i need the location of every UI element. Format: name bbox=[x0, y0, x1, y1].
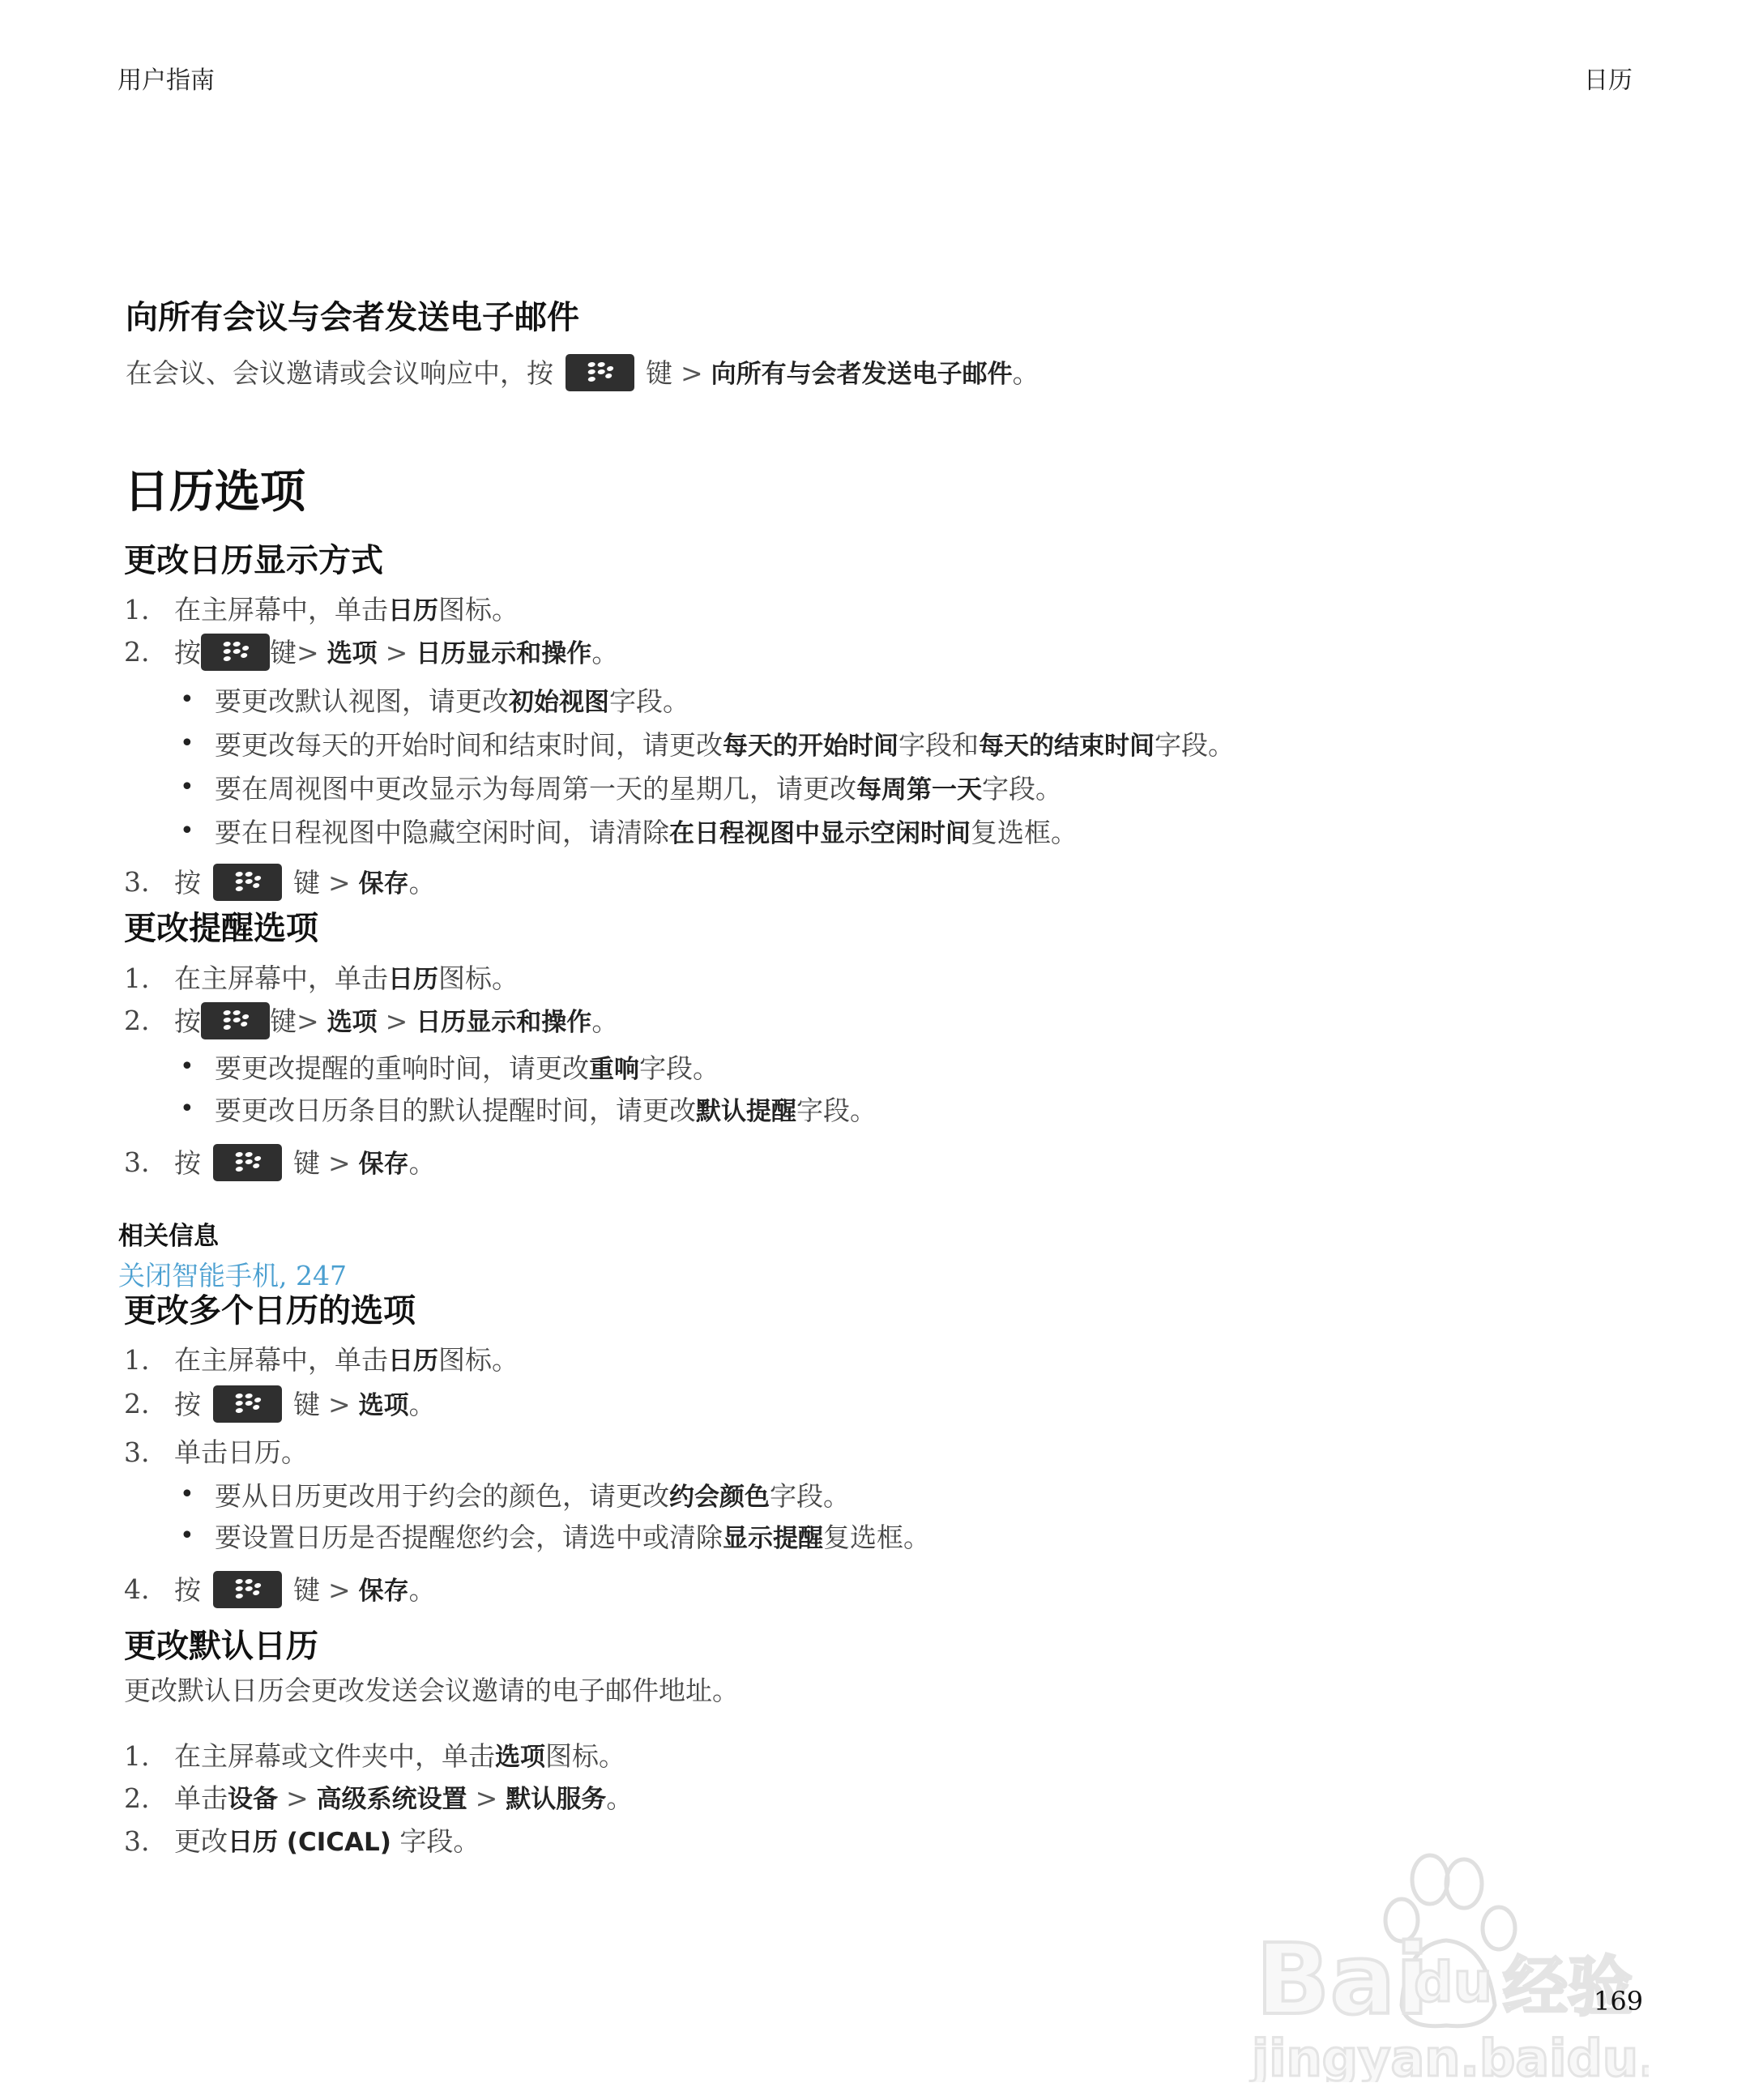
step-text: 按 键>保存。 bbox=[174, 1573, 436, 1611]
field-snooze: 重响 bbox=[589, 1055, 639, 1084]
display-step-1: 1. 在主屏幕中，单击日历图标。 bbox=[0, 594, 1750, 626]
display-bullet-1: • 要更改默认视图，请更改初始视图字段。 bbox=[0, 685, 1750, 718]
bullet-post: 字段。 bbox=[770, 1480, 850, 1512]
step-pre: 按 bbox=[174, 1389, 201, 1420]
bullet-post: 字段。 bbox=[609, 685, 689, 717]
svg-text:jingyan.baidu.com: jingyan.baidu.com bbox=[1249, 2029, 1649, 2082]
default-calendar-description: 更改默认日历会更改发送会议邀请的电子邮件地址。 bbox=[124, 1675, 739, 1707]
breadcrumb-separator: > bbox=[378, 637, 416, 668]
step-text: 单击日历。 bbox=[174, 1436, 308, 1469]
menu-item-save: 保存 bbox=[359, 1150, 409, 1179]
bullet-post: 字段。 bbox=[1155, 729, 1235, 761]
step-text: 更改日历 (CICAL) 字段。 bbox=[174, 1825, 480, 1859]
bullet-pre: 要更改提醒的重响时间，请更改 bbox=[215, 1052, 589, 1084]
bullet-dot-icon: • bbox=[180, 1052, 194, 1081]
reminder-step-3: 3. 按 键>保存。 bbox=[0, 1146, 1750, 1179]
display-bullet-2: • 要更改每天的开始时间和结束时间，请更改每天的开始时间字段和每天的结束时间字段… bbox=[0, 729, 1750, 762]
field-day-start: 每天的开始时间 bbox=[723, 732, 898, 761]
bullet-post: 字段。 bbox=[982, 773, 1062, 805]
bullet-text: 要更改日历条目的默认提醒时间，请更改默认提醒字段。 bbox=[215, 1095, 877, 1128]
step-text: 在主屏幕中，单击日历图标。 bbox=[174, 1344, 519, 1377]
menu-item-save: 保存 bbox=[359, 869, 409, 898]
bullet-text: 要更改提醒的重响时间，请更改重响字段。 bbox=[215, 1052, 719, 1086]
period: 。 bbox=[606, 1782, 633, 1814]
step-text: 在主屏幕或文件夹中，单击选项图标。 bbox=[174, 1740, 625, 1773]
step-pre: 在主屏幕或文件夹中，单击 bbox=[174, 1740, 495, 1772]
multi-step-2: 2. 按 键>选项。 bbox=[0, 1388, 1750, 1420]
step-post: 图标。 bbox=[438, 962, 519, 994]
reminder-bullet-2: • 要更改日历条目的默认提醒时间，请更改默认提醒字段。 bbox=[0, 1095, 1750, 1127]
step-text: 按键>选项>日历显示和操作。 bbox=[174, 1005, 618, 1042]
baidu-paw-logo-icon: Bai du 经验 jingyan.baidu.com bbox=[1244, 1847, 1649, 2082]
bullet-pre: 要更改默认视图，请更改 bbox=[215, 685, 509, 717]
bullet-pre: 要设置日历是否提醒您约会，请选中或清除 bbox=[215, 1522, 723, 1553]
blackberry-menu-key-icon bbox=[201, 1002, 270, 1039]
step-number: 1. bbox=[124, 1740, 150, 1772]
section-title-display: 更改日历显示方式 bbox=[124, 535, 383, 581]
step-number: 1. bbox=[124, 962, 150, 994]
blackberry-menu-key-icon bbox=[213, 864, 282, 901]
baidu-jingyan-watermark: Bai du 经验 jingyan.baidu.com bbox=[1244, 1847, 1649, 2082]
period: 。 bbox=[591, 637, 618, 668]
bullet-dot-icon: • bbox=[180, 1095, 194, 1123]
blackberry-menu-key-icon bbox=[566, 354, 634, 391]
bullet-post: 复选框。 bbox=[971, 817, 1078, 848]
step-post: 图标。 bbox=[545, 1740, 625, 1772]
multi-step-4: 4. 按 键>保存。 bbox=[0, 1573, 1750, 1606]
display-bullet-3: • 要在周视图中更改显示为每周第一天的星期几，请更改每周第一天字段。 bbox=[0, 773, 1750, 805]
send-email-pre: 在会议、会议邀请或会议响应中，按 bbox=[126, 357, 553, 389]
step-text: 按 键>保存。 bbox=[174, 866, 436, 903]
section-title-default-calendar: 更改默认日历 bbox=[124, 1620, 318, 1667]
blackberry-menu-key-icon bbox=[213, 1571, 282, 1608]
period: 。 bbox=[409, 1574, 436, 1606]
calendar-icon-label: 日历 bbox=[388, 1347, 438, 1376]
step-pre: 按 bbox=[174, 1147, 201, 1179]
step-text: 按 键>保存。 bbox=[174, 1146, 436, 1184]
checkbox-show-free-time: 在日程视图中显示空闲时间 bbox=[669, 819, 971, 848]
multi-bullet-1: • 要从日历更改用于约会的颜色，请更改约会颜色字段。 bbox=[0, 1480, 1750, 1513]
section-title-reminder: 更改提醒选项 bbox=[124, 903, 318, 949]
breadcrumb-separator: > bbox=[320, 867, 359, 898]
bullet-text: 要更改每天的开始时间和结束时间，请更改每天的开始时间字段和每天的结束时间字段。 bbox=[215, 729, 1235, 762]
blackberry-menu-key-icon bbox=[201, 634, 270, 671]
breadcrumb-separator: > bbox=[278, 1782, 317, 1814]
step-number: 2. bbox=[124, 1782, 150, 1814]
step-text: 在主屏幕中，单击日历图标。 bbox=[174, 594, 519, 627]
field-day-end: 每天的结束时间 bbox=[979, 732, 1155, 761]
bullet-pre: 要更改每天的开始时间和结束时间，请更改 bbox=[215, 729, 723, 761]
bullet-dot-icon: • bbox=[180, 1480, 194, 1509]
bullet-text: 要在日程视图中隐藏空闲时间，请清除在日程视图中显示空闲时间复选框。 bbox=[215, 817, 1078, 850]
menu-item-calendar-display-actions: 日历显示和操作 bbox=[416, 1008, 591, 1037]
step-pre: 在主屏幕中，单击 bbox=[174, 1344, 388, 1376]
reminder-step-2: 2. 按键>选项>日历显示和操作。 bbox=[0, 1005, 1750, 1037]
menu-item-send-email-to-all: 向所有与会者发送电子邮件 bbox=[711, 360, 1013, 389]
bullet-text: 要在周视图中更改显示为每周第一天的星期几，请更改每周第一天字段。 bbox=[215, 773, 1062, 806]
bullet-dot-icon: • bbox=[180, 685, 194, 714]
menu-item-advanced-system-settings: 高级系统设置 bbox=[317, 1785, 467, 1814]
period: 。 bbox=[409, 867, 436, 898]
field-calendar-cical: 日历 (CICAL) bbox=[228, 1828, 391, 1857]
breadcrumb-separator: > bbox=[672, 357, 711, 389]
send-email-paragraph: 在会议、会议邀请或会议响应中，按 键>向所有与会者发送电子邮件。 bbox=[126, 356, 1039, 394]
calendar-icon-label: 日历 bbox=[388, 596, 438, 625]
step-number: 1. bbox=[124, 594, 150, 625]
step-pre: 在主屏幕中，单击 bbox=[174, 594, 388, 625]
bullet-text: 要从日历更改用于约会的颜色，请更改约会颜色字段。 bbox=[215, 1480, 850, 1513]
bullet-dot-icon: • bbox=[180, 817, 194, 845]
key-word: 键 bbox=[293, 1389, 320, 1420]
options-icon-label: 选项 bbox=[495, 1743, 545, 1772]
bullet-dot-icon: • bbox=[180, 1522, 194, 1550]
key-word: 键 bbox=[293, 867, 320, 898]
step-post: 图标。 bbox=[438, 1344, 519, 1376]
reminder-step-1: 1. 在主屏幕中，单击日历图标。 bbox=[0, 962, 1750, 995]
menu-item-calendar-display-actions: 日历显示和操作 bbox=[416, 639, 591, 668]
bullet-post: 复选框。 bbox=[823, 1522, 930, 1553]
key-word: 键 bbox=[293, 1147, 320, 1179]
bullet-dot-icon: • bbox=[180, 773, 194, 801]
breadcrumb-separator: > bbox=[378, 1005, 416, 1037]
breadcrumb-separator: > bbox=[320, 1147, 359, 1179]
display-step-3: 3. 按 键>保存。 bbox=[0, 866, 1750, 898]
chapter-title: 日历选项 bbox=[124, 456, 305, 521]
field-initial-view: 初始视图 bbox=[509, 688, 609, 717]
header-guide-title: 用户指南 bbox=[117, 60, 215, 96]
breadcrumb-separator: > bbox=[297, 637, 327, 668]
step-number: 1. bbox=[124, 1344, 150, 1376]
step-post: 图标。 bbox=[438, 594, 519, 625]
default-step-1: 1. 在主屏幕或文件夹中，单击选项图标。 bbox=[0, 1740, 1750, 1773]
step-number: 3. bbox=[124, 1825, 150, 1857]
step-number: 3. bbox=[124, 1146, 150, 1178]
menu-item-device: 设备 bbox=[228, 1785, 278, 1814]
period: 。 bbox=[409, 1147, 436, 1179]
related-info-title: 相关信息 bbox=[118, 1215, 219, 1252]
step-post: 字段。 bbox=[391, 1825, 480, 1857]
section-title-multiple-calendars: 更改多个日历的选项 bbox=[124, 1285, 416, 1331]
menu-item-options: 选项 bbox=[327, 639, 378, 668]
section-title-send-email: 向所有会议与会者发送电子邮件 bbox=[126, 292, 579, 338]
blackberry-menu-key-icon bbox=[213, 1385, 282, 1423]
key-word: 键 bbox=[293, 1574, 320, 1606]
step-number: 3. bbox=[124, 866, 150, 898]
header-chapter-name: 日历 bbox=[1584, 60, 1633, 96]
display-bullet-4: • 要在日程视图中隐藏空闲时间，请清除在日程视图中显示空闲时间复选框。 bbox=[0, 817, 1750, 849]
svg-text:Bai: Bai bbox=[1256, 1924, 1429, 2037]
step-pre: 单击 bbox=[174, 1782, 228, 1814]
step-pre: 更改 bbox=[174, 1825, 228, 1857]
bullet-mid: 字段和 bbox=[898, 729, 979, 761]
bullet-pre: 要在日程视图中隐藏空闲时间，请清除 bbox=[215, 817, 669, 848]
field-first-day-of-week: 每周第一天 bbox=[856, 775, 982, 805]
bullet-dot-icon: • bbox=[180, 729, 194, 758]
step-pre: 按 bbox=[174, 1005, 201, 1037]
checkbox-show-reminders: 显示提醒 bbox=[723, 1524, 823, 1553]
step-number: 2. bbox=[124, 1005, 150, 1036]
menu-item-options: 选项 bbox=[327, 1008, 378, 1037]
bullet-text: 要更改默认视图，请更改初始视图字段。 bbox=[215, 685, 689, 719]
breadcrumb-separator: > bbox=[467, 1782, 506, 1814]
bullet-post: 字段。 bbox=[796, 1095, 877, 1126]
period: 。 bbox=[1013, 357, 1039, 389]
step-number: 2. bbox=[124, 636, 150, 668]
period: 。 bbox=[591, 1005, 618, 1037]
svg-text:du: du bbox=[1414, 1951, 1492, 2015]
calendar-icon-label: 日历 bbox=[388, 965, 438, 994]
bullet-post: 字段。 bbox=[639, 1052, 719, 1084]
field-default-reminder: 默认提醒 bbox=[696, 1097, 796, 1126]
multi-step-3: 3. 单击日历。 bbox=[0, 1436, 1750, 1469]
step-pre: 在主屏幕中，单击 bbox=[174, 962, 388, 994]
step-text: 在主屏幕中，单击日历图标。 bbox=[174, 962, 519, 996]
step-number: 3. bbox=[124, 1436, 150, 1468]
key-word: 键 bbox=[270, 1005, 297, 1037]
bullet-text: 要设置日历是否提醒您约会，请选中或清除显示提醒复选框。 bbox=[215, 1522, 930, 1555]
display-step-2: 2. 按键>选项>日历显示和操作。 bbox=[0, 636, 1750, 668]
breadcrumb-separator: > bbox=[320, 1389, 359, 1420]
field-appointment-color: 约会颜色 bbox=[669, 1483, 770, 1512]
step-pre: 按 bbox=[174, 1574, 201, 1606]
key-word: 键 bbox=[646, 357, 672, 389]
breadcrumb-separator: > bbox=[297, 1005, 327, 1037]
step-pre: 按 bbox=[174, 637, 201, 668]
step-text: 单击设备>高级系统设置>默认服务。 bbox=[174, 1782, 633, 1816]
period: 。 bbox=[409, 1389, 436, 1420]
multi-step-1: 1. 在主屏幕中，单击日历图标。 bbox=[0, 1344, 1750, 1377]
reminder-bullet-1: • 要更改提醒的重响时间，请更改重响字段。 bbox=[0, 1052, 1750, 1085]
step-text: 按 键>选项。 bbox=[174, 1388, 436, 1425]
bullet-pre: 要从日历更改用于约会的颜色，请更改 bbox=[215, 1480, 669, 1512]
menu-item-options: 选项 bbox=[359, 1391, 409, 1420]
page-number: 169 bbox=[1594, 1986, 1643, 2017]
step-text: 按键>选项>日历显示和操作。 bbox=[174, 636, 618, 673]
step-number: 2. bbox=[124, 1388, 150, 1419]
blackberry-menu-key-icon bbox=[213, 1144, 282, 1181]
step-number: 4. bbox=[124, 1573, 150, 1605]
default-step-2: 2. 单击设备>高级系统设置>默认服务。 bbox=[0, 1782, 1750, 1815]
breadcrumb-separator: > bbox=[320, 1574, 359, 1606]
bullet-pre: 要更改日历条目的默认提醒时间，请更改 bbox=[215, 1095, 696, 1126]
step-pre: 按 bbox=[174, 867, 201, 898]
menu-item-default-services: 默认服务 bbox=[506, 1785, 606, 1814]
key-word: 键 bbox=[270, 637, 297, 668]
bullet-pre: 要在周视图中更改显示为每周第一天的星期几，请更改 bbox=[215, 773, 856, 805]
menu-item-save: 保存 bbox=[359, 1577, 409, 1606]
multi-bullet-2: • 要设置日历是否提醒您约会，请选中或清除显示提醒复选框。 bbox=[0, 1522, 1750, 1554]
